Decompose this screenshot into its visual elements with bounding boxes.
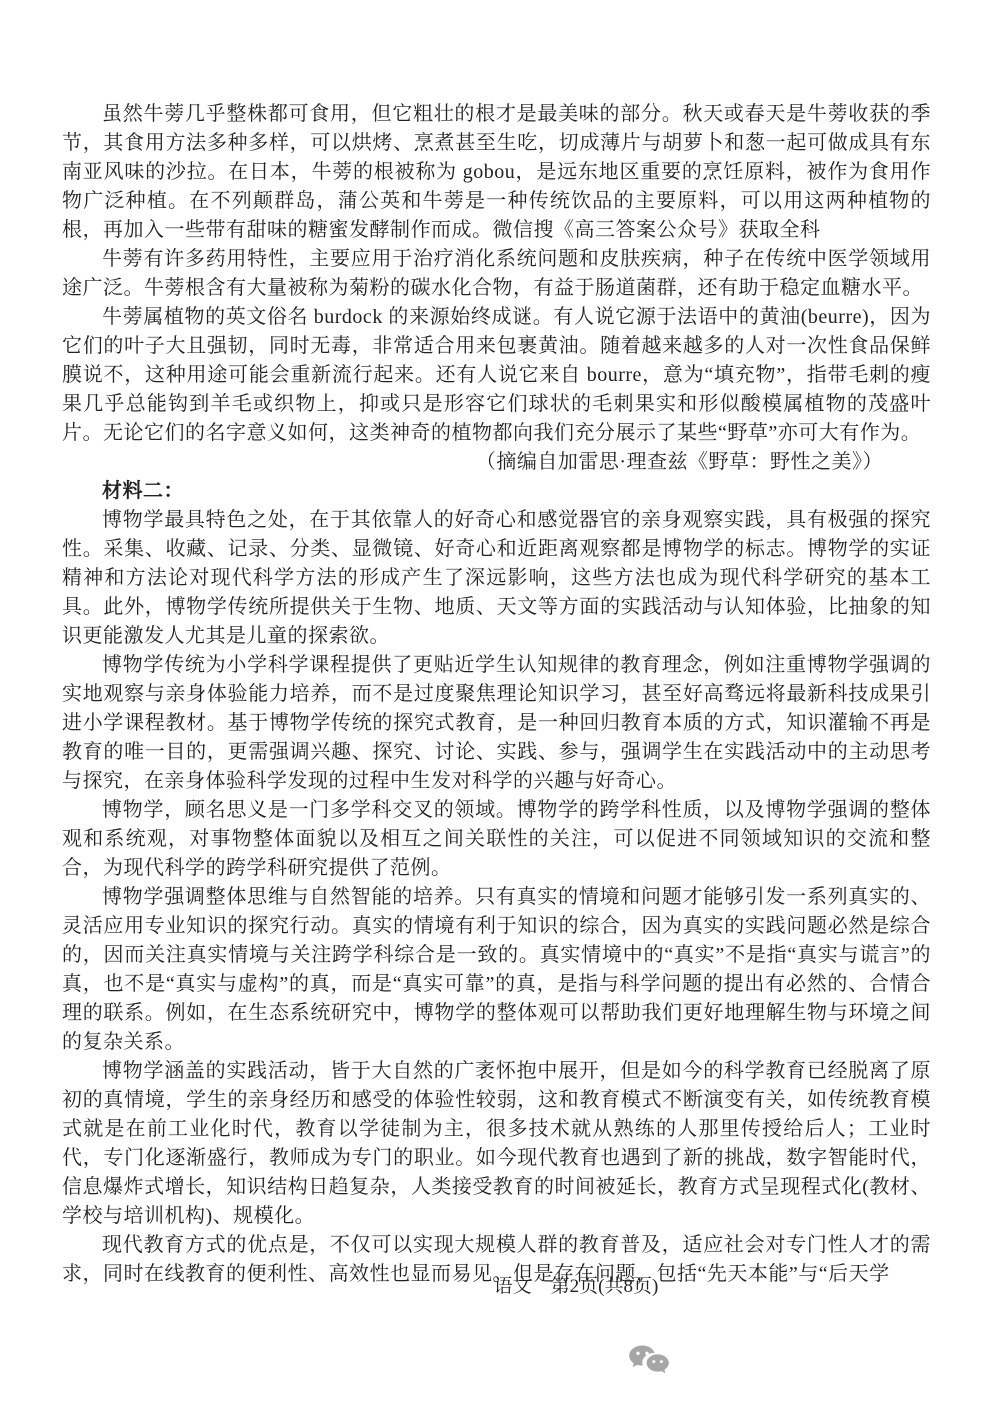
attribution-line: （摘编自加雷思·理查兹《野草：野性之美》） — [62, 448, 931, 477]
source-attribution: （摘编自加雷思·理查兹《野草：野性之美》） — [476, 451, 883, 473]
material-one-paragraph-1: 虽然牛蒡几乎整株都可食用，但它粗壮的根才是最美味的部分。秋天或春天是牛蒡收获的季… — [62, 100, 931, 245]
material-two-paragraph-3: 博物学，顾名思义是一门多学科交叉的领域。博物学的跨学科性质，以及博物学强调的整体… — [62, 796, 931, 883]
material-two-paragraph-2: 博物学传统为小学科学课程提供了更贴近学生认知规律的教育理念，例如注重博物学强调的… — [62, 651, 931, 796]
material-two-heading: 材料二： — [62, 477, 931, 506]
material-one-paragraph-2: 牛蒡有许多药用特性，主要应用于治疗消化系统问题和皮肤疾病，种子在传统中医学领域用… — [62, 245, 931, 303]
document-body: 虽然牛蒡几乎整株都可食用，但它粗壮的根才是最美味的部分。秋天或春天是牛蒡收获的季… — [62, 100, 931, 1289]
material-two-paragraph-5: 博物学涵盖的实践活动，皆于大自然的广袤怀抱中展开，但是如今的科学教育已经脱离了原… — [62, 1057, 931, 1231]
wechat-icon — [628, 1344, 670, 1380]
material-two-paragraph-1: 博物学最具特色之处，在于其依靠人的好奇心和感觉器官的亲身观察实践，具有极强的探究… — [62, 506, 931, 651]
material-two-paragraph-4: 博物学强调整体思维与自然智能的培养。只有真实的情境和问题才能够引发一系列真实的、… — [62, 883, 931, 1057]
page-number-footer: 语文 第2页(共8页) — [0, 1272, 992, 1301]
exam-page: 虽然牛蒡几乎整株都可食用，但它粗壮的根才是最美味的部分。秋天或春天是牛蒡收获的季… — [0, 0, 992, 1403]
material-one-paragraph-3: 牛蒡属植物的英文俗名 burdock 的来源始终成谜。有人说它源于法语中的黄油(… — [62, 303, 931, 448]
